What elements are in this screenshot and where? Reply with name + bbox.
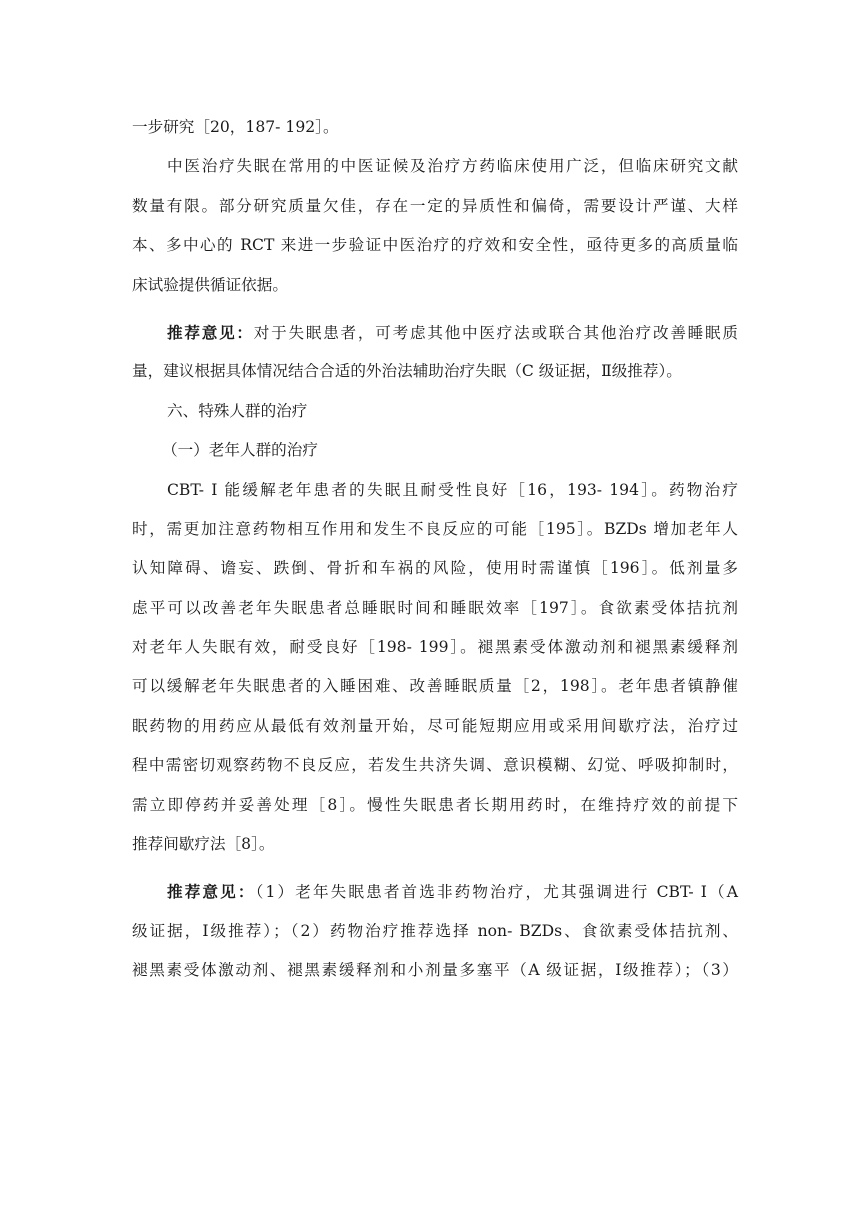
paragraph-recommendation-tcm: 推荐意见：对于失眠患者，可考虑其他中医疗法或联合其他治疗改善睡眠质 量，建议根据… <box>132 313 738 392</box>
text-line: 推荐意见：对于失眠患者，可考虑其他中医疗法或联合其他治疗改善睡眠质 <box>132 313 738 352</box>
paragraph-elderly-treatment: CBT- I 能缓解老年患者的失眠且耐受性良好［16，193- 194］。药物治… <box>132 471 738 865</box>
text-line: 一步研究［20，187- 192］。 <box>132 108 738 147</box>
recommendation-label: 推荐意见： <box>167 323 254 342</box>
text-line: 中医治疗失眠在常用的中医证候及治疗方药临床使用广泛，但临床研究文献 <box>132 147 738 186</box>
text-line: 需立即停药并妥善处理［8］。慢性失眠患者长期用药时，在维持疗效的前提下 <box>132 786 738 825</box>
text-line: 级证据，Ⅰ级推荐）；（2）药物治疗推荐选择 non- BZDs、食欲素受体拮抗剂… <box>132 912 738 951</box>
text-line: 认知障碍、谵妄、跌倒、骨折和车祸的风险，使用时需谨慎［196］。低剂量多 <box>132 549 738 588</box>
text-line: 数量有限。部分研究质量欠佳，存在一定的异质性和偏倚，需要设计严谨、大样 <box>132 187 738 226</box>
paragraph-recommendation-elderly: 推荐意见：（1）老年失眠患者首选非药物治疗，尤其强调进行 CBT- I（A 级证… <box>132 872 738 990</box>
paragraph-continuation: 一步研究［20，187- 192］。 <box>132 108 738 147</box>
section-heading: 六、特殊人群的治疗 <box>132 392 738 431</box>
text-line: 推荐意见：（1）老年失眠患者首选非药物治疗，尤其强调进行 CBT- I（A <box>132 872 738 911</box>
text-line: 虑平可以改善老年失眠患者总睡眠时间和睡眠效率［197］。食欲素受体拮抗剂 <box>132 589 738 628</box>
text-line: 床试验提供循证依据。 <box>132 266 738 305</box>
text-line: 对老年人失眠有效，耐受良好［198- 199］。褪黑素受体激动剂和褪黑素缓释剂 <box>132 628 738 667</box>
subsection-heading: （一）老年人群的治疗 <box>132 431 738 470</box>
document-page: 一步研究［20，187- 192］。 中医治疗失眠在常用的中医证候及治疗方药临床… <box>132 108 738 991</box>
text-line: 可以缓解老年失眠患者的入睡困难、改善睡眠质量［2，198］。老年患者镇静催 <box>132 667 738 706</box>
paragraph-tcm-research: 中医治疗失眠在常用的中医证候及治疗方药临床使用广泛，但临床研究文献 数量有限。部… <box>132 147 738 305</box>
text-line: 时，需更加注意药物相互作用和发生不良反应的可能［195］。BZDs 增加老年人 <box>132 510 738 549</box>
text-line: 眠药物的用药应从最低有效剂量开始，尽可能短期应用或采用间歇疗法，治疗过 <box>132 707 738 746</box>
text-line: CBT- I 能缓解老年患者的失眠且耐受性良好［16，193- 194］。药物治… <box>132 471 738 510</box>
text-line: 程中需密切观察药物不良反应，若发生共济失调、意识模糊、幻觉、呼吸抑制时， <box>132 746 738 785</box>
text-line: 本、多中心的 RCT 来进一步验证中医治疗的疗效和安全性，亟待更多的高质量临 <box>132 226 738 265</box>
text-line: 褪黑素受体激动剂、褪黑素缓释剂和小剂量多塞平（A 级证据，Ⅰ级推荐）；（3） <box>132 951 738 990</box>
recommendation-label: 推荐意见： <box>167 882 256 901</box>
text-line: 量，建议根据具体情况结合合适的外治法辅助治疗失眠（C 级证据，Ⅱ级推荐）。 <box>132 352 738 391</box>
text-line: 推荐间歇疗法［8］。 <box>132 825 738 864</box>
